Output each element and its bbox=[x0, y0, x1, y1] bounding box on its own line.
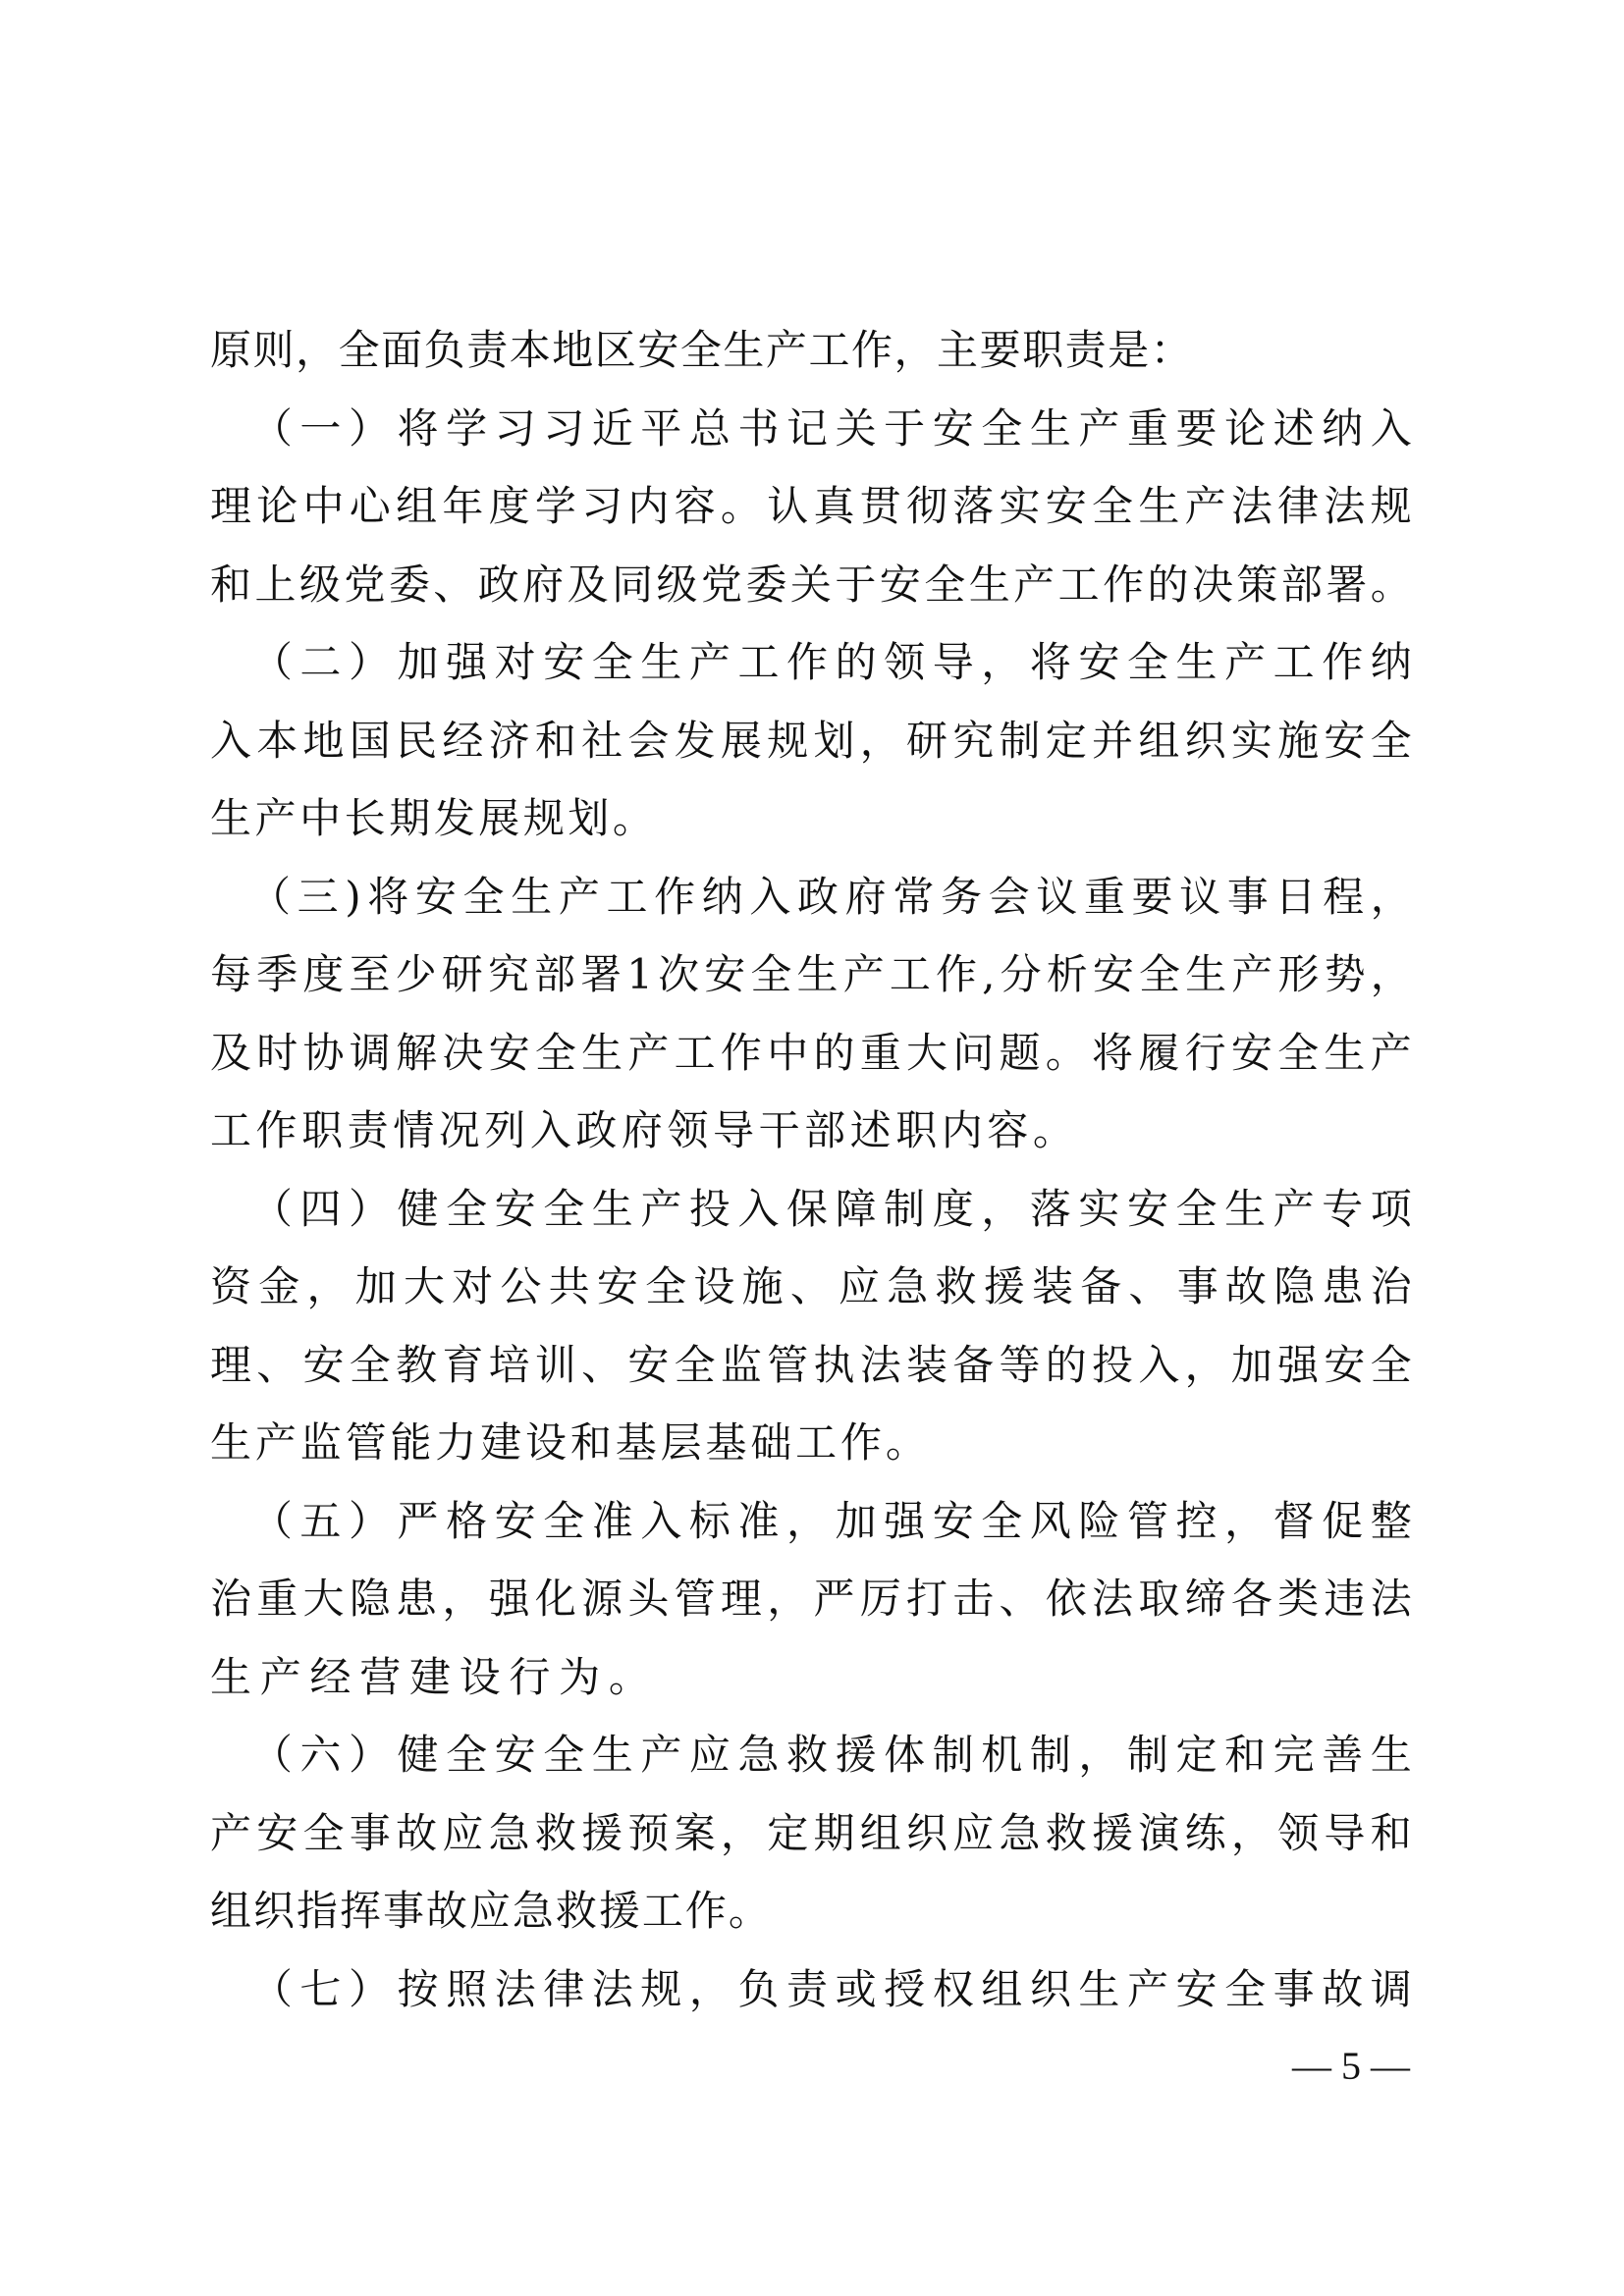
text-line: 资金，加大对公共安全设施、应急救援装备、事故隐患治 bbox=[210, 1263, 1412, 1310]
text-line: （一）将学习习近平总书记关于安全生产重要论述纳入 bbox=[210, 405, 1412, 453]
text-line: 组织指挥事故应急救援工作。 bbox=[210, 1888, 770, 1935]
text-line: （七）按照法律法规，负责或授权组织生产安全事故调 bbox=[210, 1966, 1412, 2013]
text-line: 理、安全教育培训、安全监管执法装备等的投入，加强安全 bbox=[210, 1342, 1412, 1389]
text-line: 工作职责情况列入政府领导干部述职内容。 bbox=[210, 1107, 1074, 1154]
text-line: 生产中长期发展规划。 bbox=[210, 795, 654, 842]
text-line: 原则，全面负责本地区安全生产工作，主要职责是： bbox=[210, 327, 1192, 374]
text-line: 入本地国民经济和社会发展规划，研究制定并组织实施安全 bbox=[210, 718, 1412, 765]
text-line: 理论中心组年度学习内容。认真贯彻落实安全生产法律法规 bbox=[210, 483, 1412, 530]
text-line: 生产经营建设行为。 bbox=[210, 1654, 650, 1701]
text-line: （三)将安全生产工作纳入政府常务会议重要议事日程， bbox=[210, 874, 1412, 921]
text-line: 产安全事故应急救援预案，定期组织应急救援演练，领导和 bbox=[210, 1810, 1412, 1857]
text-line: 每季度至少研究部署1次安全生产工作,分析安全生产形势， bbox=[210, 951, 1412, 998]
text-line: 及时协调解决安全生产工作中的重大问题。将履行安全生产 bbox=[210, 1030, 1412, 1077]
text-line: 治重大隐患，强化源头管理，严厉打击、依法取缔各类违法 bbox=[210, 1575, 1412, 1623]
text-line: 生产监管能力建设和基层基础工作。 bbox=[210, 1419, 927, 1467]
page-number: — 5 — bbox=[1276, 2044, 1426, 2089]
text-line: （四）健全安全生产投入保障制度，落实安全生产专项 bbox=[210, 1186, 1412, 1233]
document-page: 原则，全面负责本地区安全生产工作，主要职责是： （一）将学习习近平总书记关于安全… bbox=[0, 0, 1624, 2296]
text-line: （六）健全安全生产应急救援体制机制，制定和完善生 bbox=[210, 1732, 1412, 1779]
text-line: （五）严格安全准入标准，加强安全风险管控，督促整 bbox=[210, 1498, 1412, 1545]
text-line: （二）加强对安全生产工作的领导，将安全生产工作纳 bbox=[210, 639, 1412, 686]
text-line: 和上级党委、政府及同级党委关于安全生产工作的决策部署。 bbox=[210, 561, 1412, 609]
